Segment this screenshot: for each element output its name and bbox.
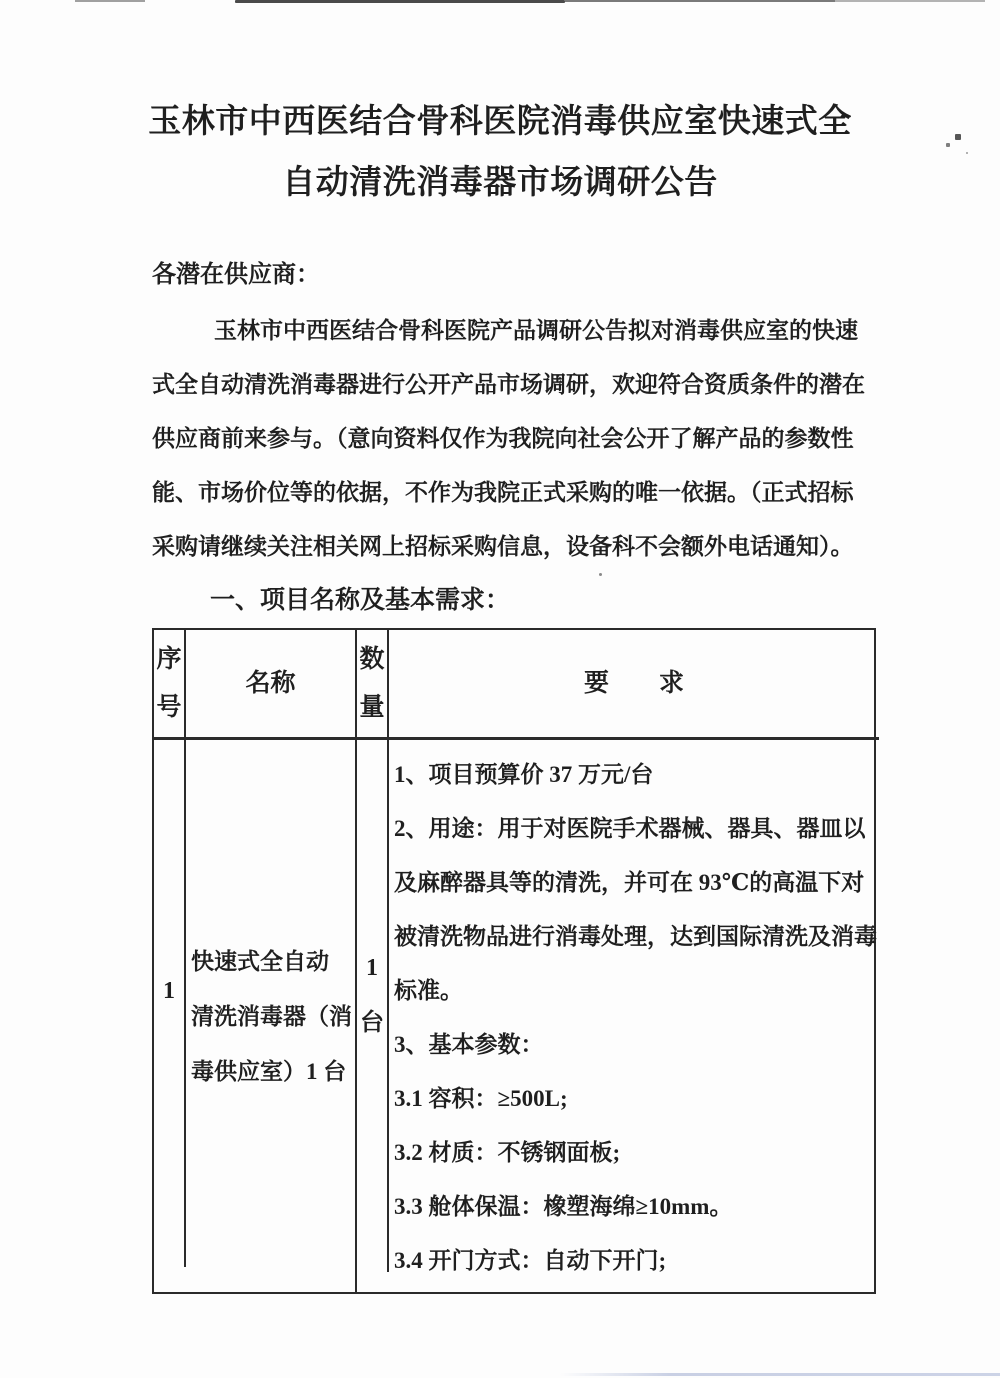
scan-bottom-band bbox=[560, 1373, 1000, 1376]
requirement-line: 及麻醉器具等的清洗，并可在 93℃的高温下对 bbox=[394, 856, 877, 910]
document-title-line: 自动清洗消毒器市场调研公告 bbox=[0, 153, 1000, 214]
name-line: 清洗消毒器（消 bbox=[191, 989, 355, 1044]
table-cell-index: 1 bbox=[154, 715, 186, 1267]
table-cell-qty: 1台 bbox=[357, 720, 389, 1272]
scan-edge-line bbox=[565, 0, 835, 2]
salutation: 各潜在供应商： bbox=[152, 248, 320, 302]
table-cell-name: 快速式全自动 清洗消毒器（消 毒供应室）1 台 bbox=[186, 740, 357, 1292]
paragraph-line: 供应商前来参与。（意向资料仅作为我院向社会公开了解产品的参数性 bbox=[152, 412, 882, 466]
scan-edge-line bbox=[235, 0, 565, 3]
requirement-line: 标准。 bbox=[394, 964, 877, 1018]
section-heading: 一、项目名称及基本需求： bbox=[210, 574, 510, 628]
document-title-line: 玉林市中西医结合骨科医院消毒供应室快速式全 bbox=[0, 92, 1000, 153]
requirement-line: 3、基本参数： bbox=[394, 1018, 877, 1072]
requirement-line: 3.4 开门方式：自动下开门; bbox=[394, 1234, 877, 1288]
paragraph-line: 采购请继续关注相关网上招标采购信息，设备科不会额外电话通知）。 bbox=[152, 520, 882, 574]
requirement-line: 3.2 材质：不锈钢面板; bbox=[394, 1126, 877, 1180]
table-header-name: 名称 bbox=[186, 630, 357, 740]
name-line: 毒供应室）1 台 bbox=[191, 1044, 355, 1099]
body-paragraph: 玉林市中西医结合骨科医院产品调研公告拟对消毒供应室的快速 式全自动清洗消毒器进行… bbox=[152, 304, 882, 574]
scanned-document-page: 玉林市中西医结合骨科医院消毒供应室快速式全 自动清洗消毒器市场调研公告 各潜在供… bbox=[0, 0, 1000, 1378]
paragraph-line: 能、市场价位等的依据，不作为我院正式采购的唯一依据。（正式招标 bbox=[152, 466, 882, 520]
requirement-line: 1、项目预算价 37 万元/台 bbox=[394, 748, 877, 802]
requirement-line: 3.3 舱体保温：橡塑海绵≥10mm。 bbox=[394, 1180, 877, 1234]
requirement-line: 3.1 容积：≥500L; bbox=[394, 1072, 877, 1126]
paragraph-line: 玉林市中西医结合骨科医院产品调研公告拟对消毒供应室的快速 bbox=[152, 304, 882, 358]
name-line: 快速式全自动 bbox=[191, 934, 355, 989]
table-header-requirement: 要 求 bbox=[389, 630, 879, 740]
scan-edge-line bbox=[835, 0, 985, 2]
requirements-table: 序号 名称 数量 要 求 1 快速式全自动 清洗消毒器（消 毒供应室）1 台 1… bbox=[152, 628, 876, 1294]
table-cell-requirement: 1、项目预算价 37 万元/台 2、用途：用于对医院手术器械、器具、器皿以 及麻… bbox=[389, 740, 879, 1292]
scan-edge-line bbox=[75, 0, 145, 2]
requirement-line: 2、用途：用于对医院手术器械、器具、器皿以 bbox=[394, 802, 877, 856]
requirement-line: 被清洗物品进行消毒处理，达到国际清洗及消毒 bbox=[394, 910, 877, 964]
document-title: 玉林市中西医结合骨科医院消毒供应室快速式全 自动清洗消毒器市场调研公告 bbox=[0, 92, 1000, 214]
paragraph-line: 式全自动清洗消毒器进行公开产品市场调研，欢迎符合资质条件的潜在 bbox=[152, 358, 882, 412]
